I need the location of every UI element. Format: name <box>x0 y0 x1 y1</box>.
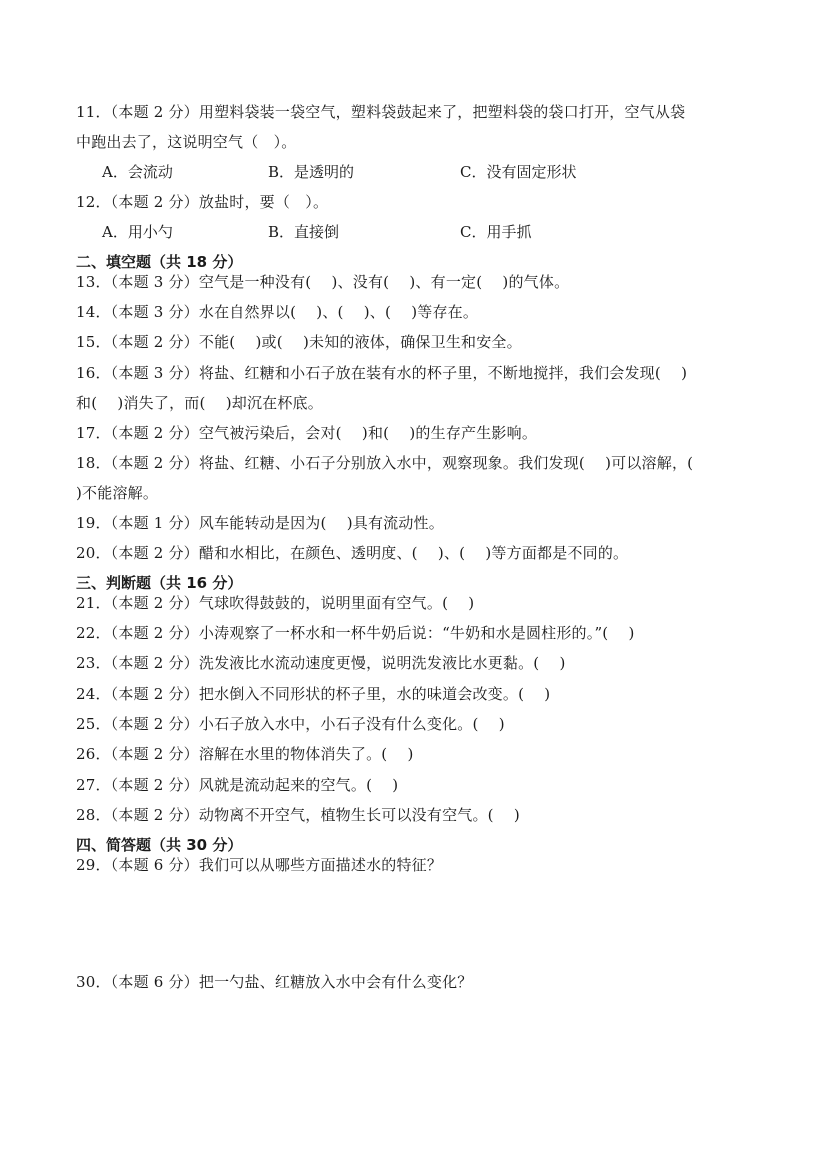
question-22: 22．（本题 2 分）小涛观察了一杯水和一杯牛奶后说：“牛奶和水是圆柱形的。”(… <box>76 624 635 642</box>
question-23: 23．（本题 2 分）洗发液比水流动速度更慢，说明洗发液比水更黏。( ) <box>76 654 566 672</box>
question-12-line-1: 12．（本题 2 分）放盐时，要（ ）。 <box>76 193 328 211</box>
question-17: 17．（本题 2 分）空气被污染后，会对( )和( )的生存产生影响。 <box>76 424 537 442</box>
question-26: 26．（本题 2 分）溶解在水里的物体消失了。( ) <box>76 745 414 763</box>
question-28: 28．（本题 2 分）动物离不开空气，植物生长可以没有空气。( ) <box>76 806 520 824</box>
question-16-line-1: 16．（本题 3 分）将盐、红糖和小石子放在装有水的杯子里，不断地搅拌，我们会发… <box>76 364 687 382</box>
question-16-line-2: 和( )消失了，而( )却沉在杯底。 <box>76 394 323 412</box>
question-18-line-1: 18．（本题 2 分）将盐、红糖、小石子分别放入水中，观察现象。我们发现( )可… <box>76 454 693 472</box>
question-14: 14．（本题 3 分）水在自然界以( )、( )、( )等存在。 <box>76 303 478 321</box>
question-20: 20．（本题 2 分）醋和水相比，在颜色、透明度、( )、( )等方面都是不同的… <box>76 544 628 562</box>
section-heading-true-false: 三、判断题（共 16 分） <box>76 574 242 592</box>
question-18-line-2: )不能溶解。 <box>76 484 158 502</box>
question-21: 21．（本题 2 分）气球吹得鼓鼓的，说明里面有空气。( ) <box>76 594 474 612</box>
question-12-option-a: A．用小勺 <box>102 223 173 241</box>
question-12-option-b: B．直接倒 <box>268 223 339 241</box>
question-19: 19．（本题 1 分）风车能转动是因为( )具有流动性。 <box>76 514 444 532</box>
question-30: 30．（本题 6 分）把一勺盐、红糖放入水中会有什么变化？ <box>76 973 472 991</box>
section-heading-fill-in: 二、填空题（共 18 分） <box>76 253 242 271</box>
question-11-option-b: B．是透明的 <box>268 163 354 181</box>
question-27: 27．（本题 2 分）风就是流动起来的空气。( ) <box>76 776 398 794</box>
question-25: 25．（本题 2 分）小石子放入水中，小石子没有什么变化。( ) <box>76 715 505 733</box>
question-15: 15．（本题 2 分）不能( )或( )未知的液体，确保卫生和安全。 <box>76 333 522 351</box>
question-11-line-2: 中跑出去了，这说明空气（ ）。 <box>76 133 297 151</box>
question-29: 29．（本题 6 分）我们可以从哪些方面描述水的特征？ <box>76 856 442 874</box>
question-11-option-a: A．会流动 <box>102 163 173 181</box>
question-11-line-1: 11．（本题 2 分）用塑料袋装一袋空气，塑料袋鼓起来了，把塑料袋的袋口打开，空… <box>76 103 685 121</box>
question-24: 24．（本题 2 分）把水倒入不同形状的杯子里，水的味道会改变。( ) <box>76 685 550 703</box>
section-heading-short-answer: 四、简答题（共 30 分） <box>76 836 242 854</box>
question-12-option-c: C．用手抓 <box>460 223 531 241</box>
question-13: 13．（本题 3 分）空气是一种没有( )、没有( )、有一定( )的气体。 <box>76 273 569 291</box>
question-11-option-c: C．没有固定形状 <box>460 163 576 181</box>
